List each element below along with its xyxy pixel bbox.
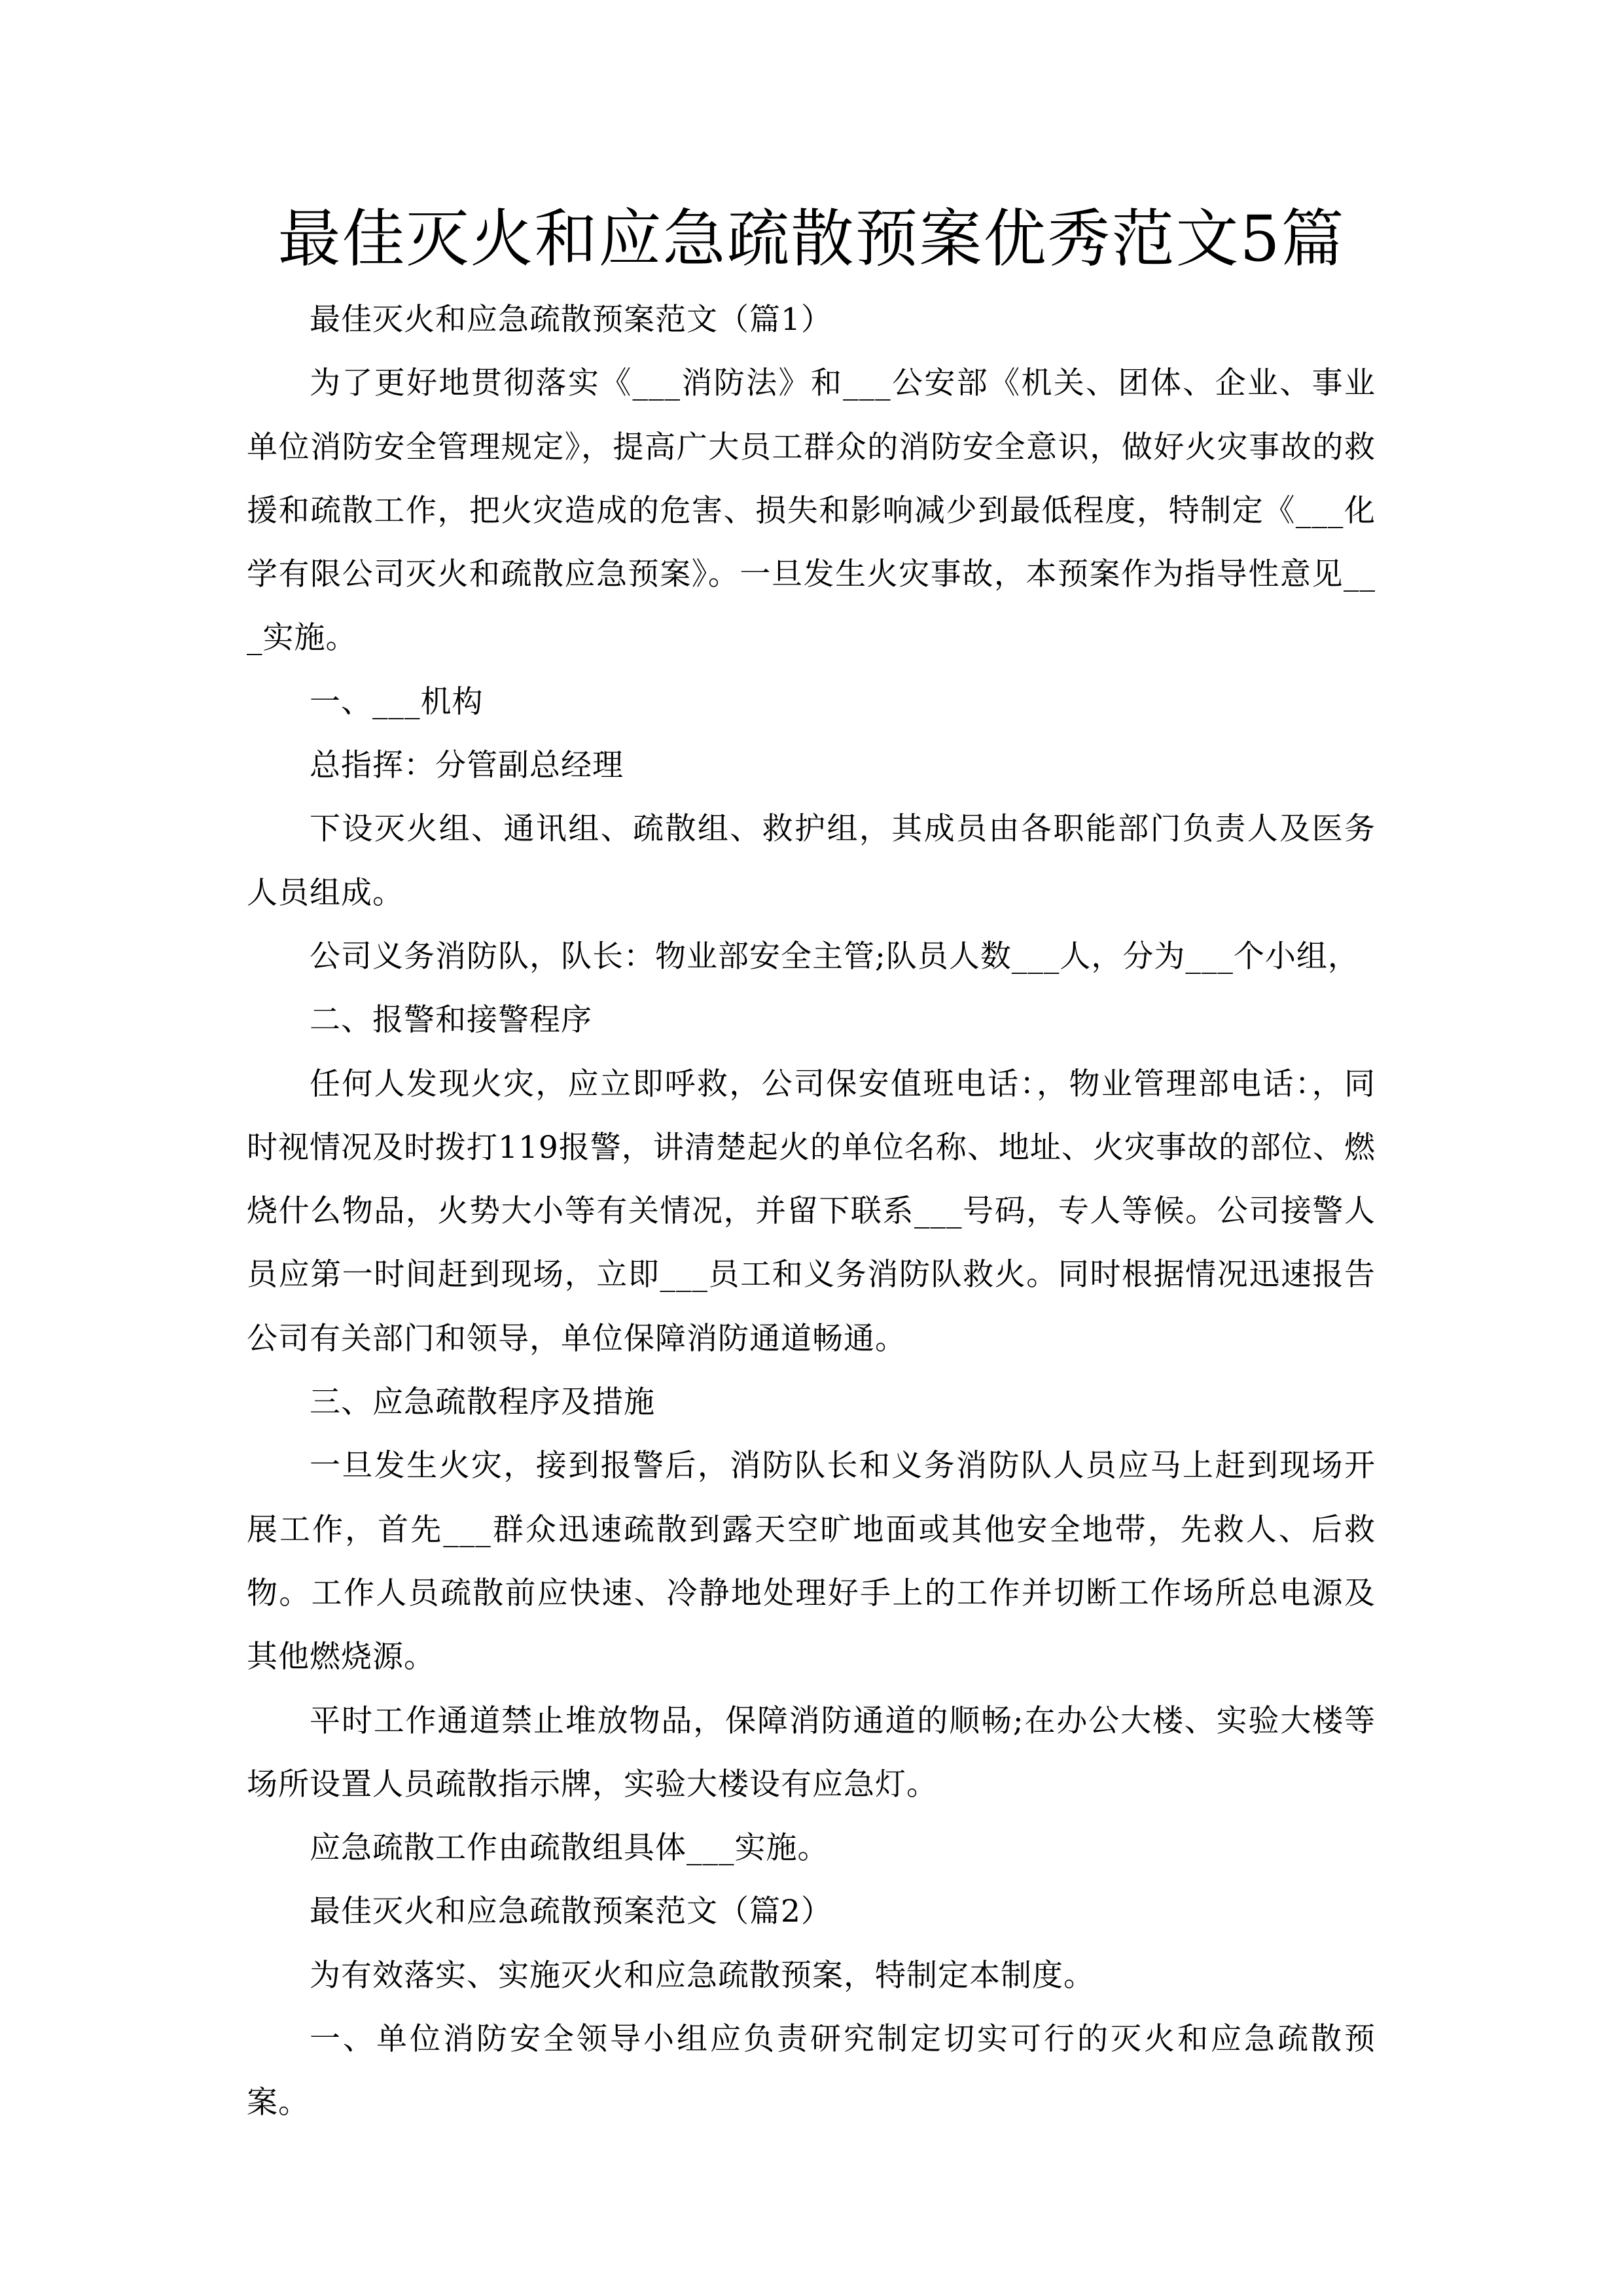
paragraph-passage-rules: 平时工作通道禁止堆放物品，保障消防通道的顺畅;在办公大楼、实验大楼等场所设置人员… [247, 1689, 1376, 1817]
section-heading-organization: 一、___机构 [247, 670, 1376, 734]
document-body: 最佳灭火和应急疏散预案范文（篇1） 为了更好地贯彻落实《___消防法》和___公… [247, 288, 1376, 2135]
document-title: 最佳灭火和应急疏散预案优秀范文5篇 [0, 196, 1623, 281]
paragraph-evacuation-group: 应急疏散工作由疏散组具体___实施。 [247, 1816, 1376, 1880]
paragraph-groups: 下设灭火组、通讯组、疏散组、救护组，其成员由各职能部门负责人及医务人员组成。 [247, 797, 1376, 925]
document-page: 最佳灭火和应急疏散预案优秀范文5篇 最佳灭火和应急疏散预案范文（篇1） 为了更好… [0, 0, 1623, 2296]
section-heading-article-1: 最佳灭火和应急疏散预案范文（篇1） [247, 288, 1376, 351]
paragraph-fire-brigade: 公司义务消防队，队长：物业部安全主管;队员人数___人，分为___个小组， [247, 925, 1376, 988]
section-heading-article-2: 最佳灭火和应急疏散预案范文（篇2） [247, 1880, 1376, 1943]
paragraph-commander: 总指挥：分管副总经理 [247, 734, 1376, 797]
paragraph-evacuation-procedure: 一旦发生火灾，接到报警后，消防队长和义务消防队人员应马上赶到现场开展工作，首先_… [247, 1434, 1376, 1689]
paragraph-article-2-item-1: 一、单位消防安全领导小组应负责研究制定切实可行的灭火和应急疏散预案。 [247, 2007, 1376, 2135]
paragraph-article-2-intro: 为有效落实、实施灭火和应急疏散预案，特制定本制度。 [247, 1944, 1376, 2007]
section-heading-alarm: 二、报警和接警程序 [247, 988, 1376, 1052]
paragraph-intro: 为了更好地贯彻落实《___消防法》和___公安部《机关、团体、企业、事业单位消防… [247, 351, 1376, 670]
paragraph-alarm-procedure: 任何人发现火灾，应立即呼救，公司保安值班电话：，物业管理部电话：，同时视情况及时… [247, 1052, 1376, 1371]
section-heading-evacuation: 三、应急疏散程序及措施 [247, 1371, 1376, 1434]
